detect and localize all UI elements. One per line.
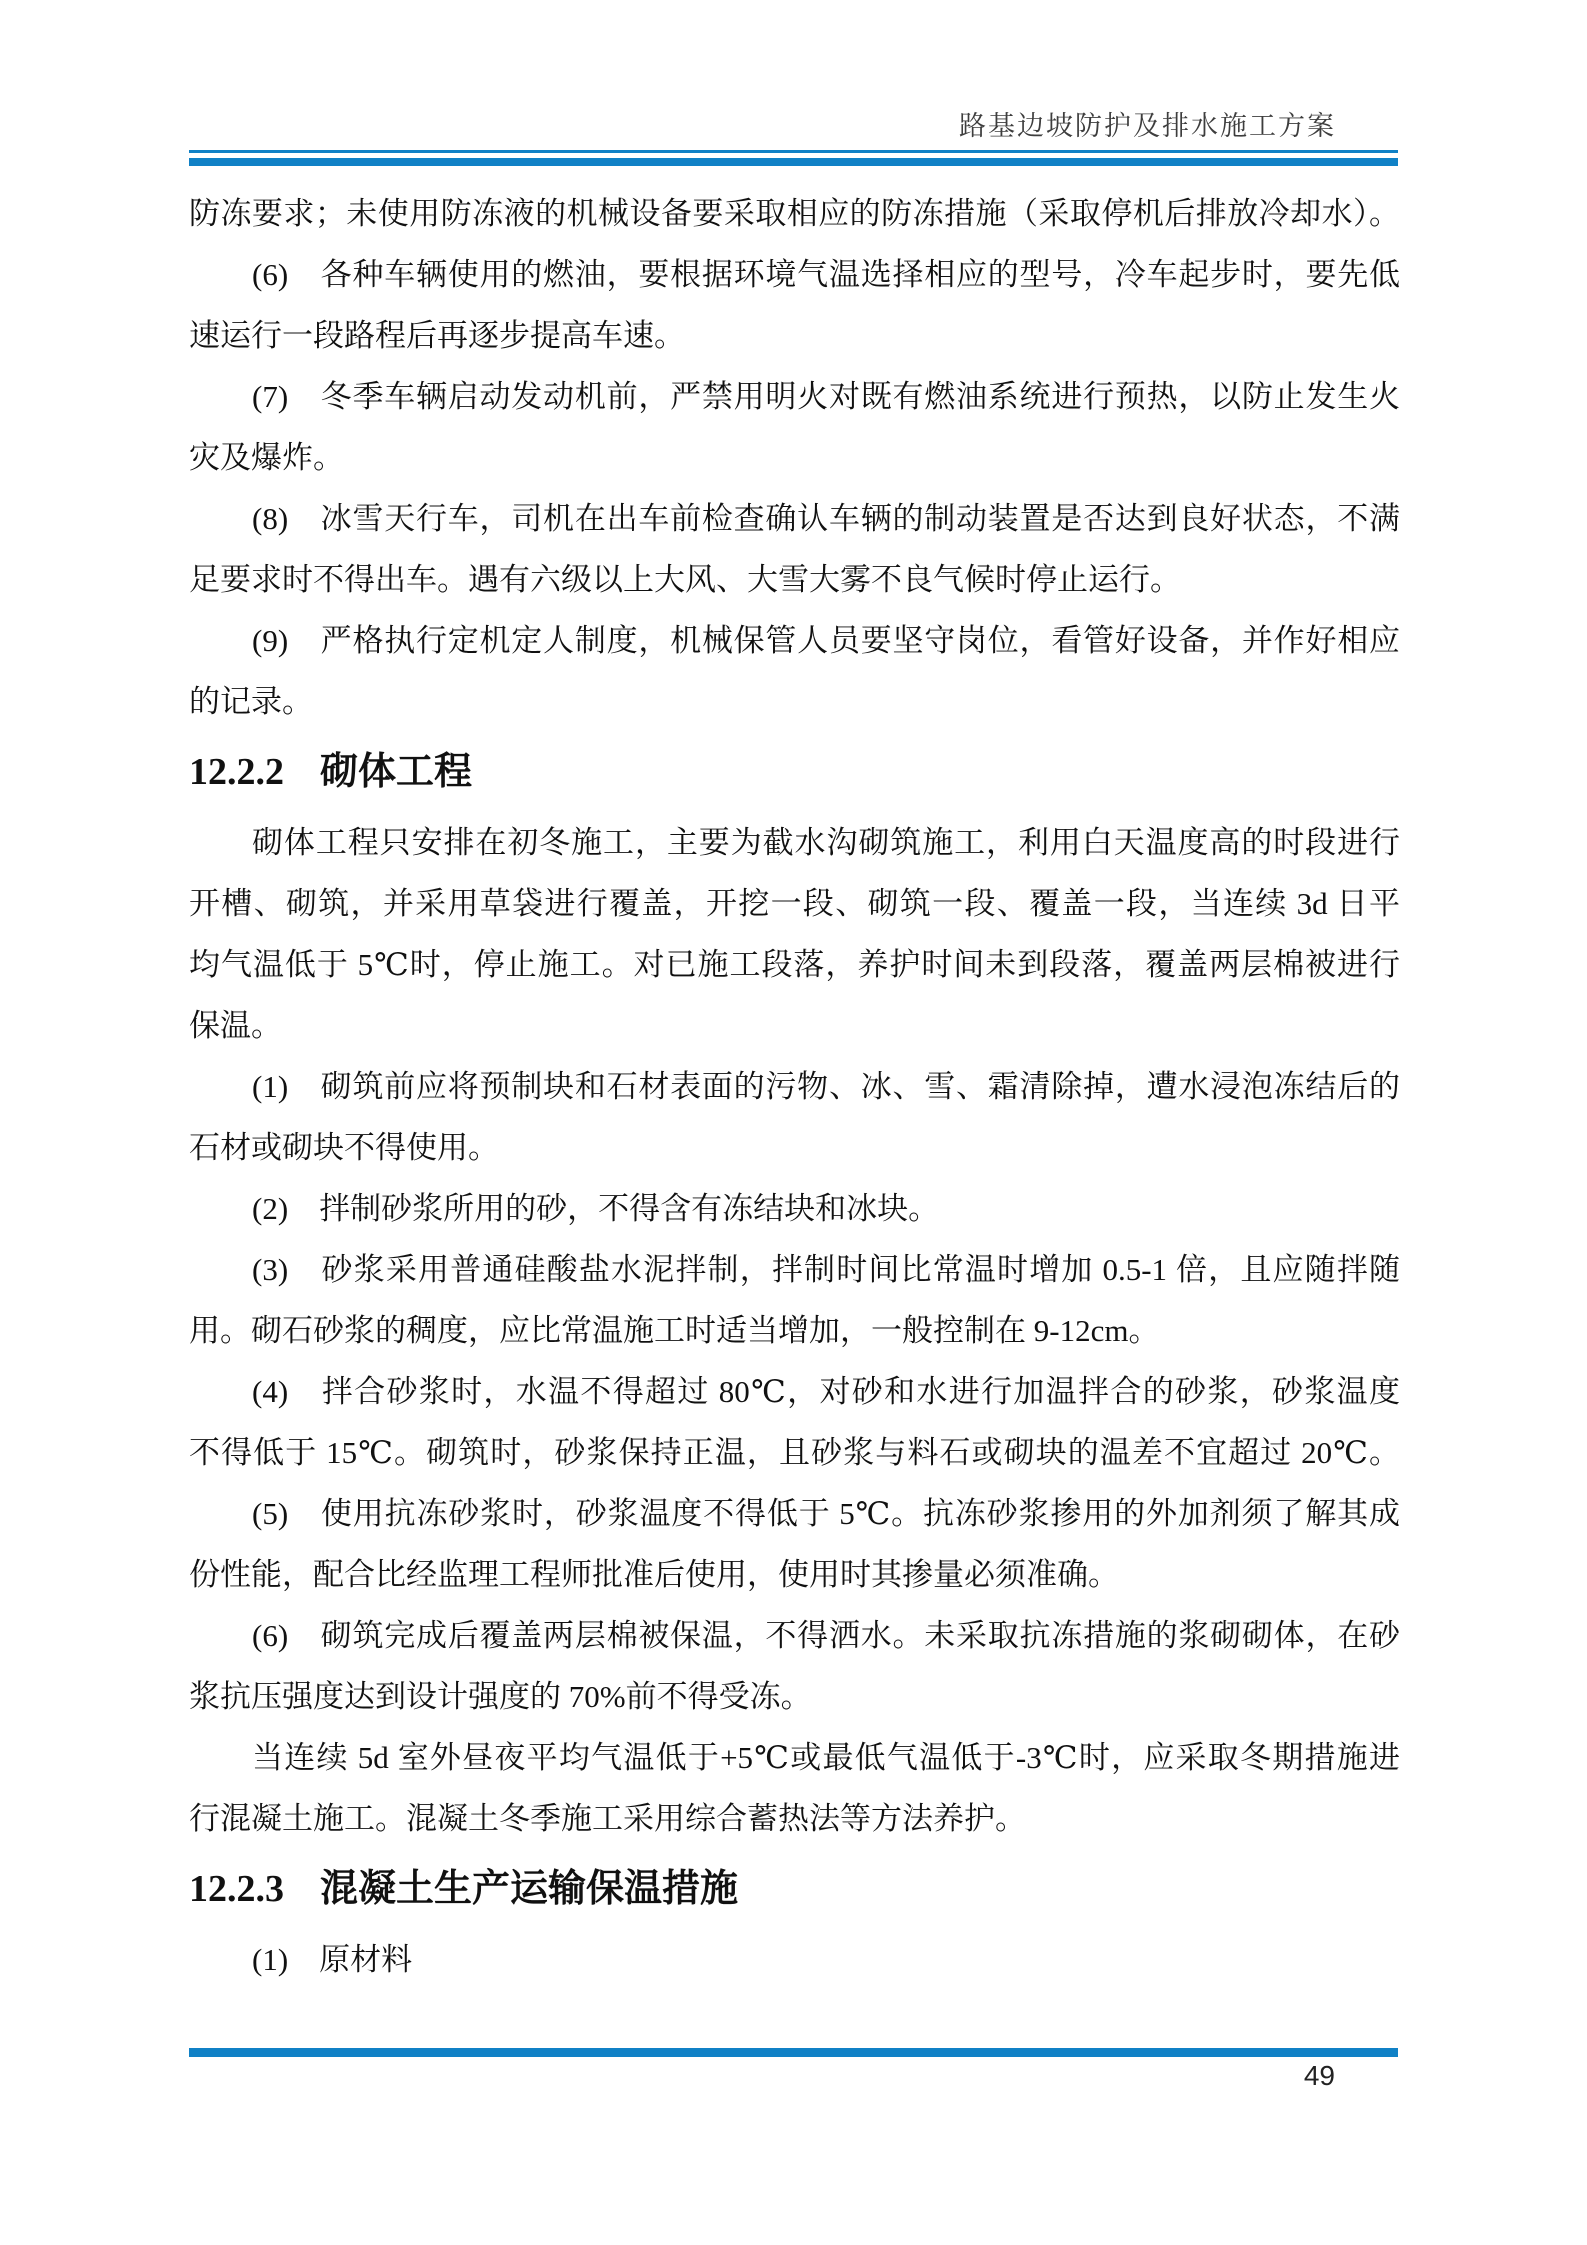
- paragraph-line: 不得低于 15℃。砌筑时，砂浆保持正温，且砂浆与料石或砌块的温差不宜超过 20℃…: [189, 1422, 1400, 1483]
- paragraph-line: (6) 各种车辆使用的燃油，要根据环境气温选择相应的型号，冷车起步时，要先低: [189, 244, 1400, 305]
- paragraph-line: 份性能，配合比经监理工程师批准后使用，使用时其掺量必须准确。: [189, 1544, 1400, 1605]
- paragraph-line: 的记录。: [189, 671, 1400, 732]
- paragraph-line: 开槽、砌筑，并采用草袋进行覆盖，开挖一段、砌筑一段、覆盖一段，当连续 3d 日平: [189, 873, 1400, 934]
- footer-rule: [189, 2048, 1398, 2057]
- paragraph-line: (7) 冬季车辆启动发动机前，严禁用明火对既有燃油系统进行预热，以防止发生火: [189, 366, 1400, 427]
- document-body: 防冻要求；未使用防冻液的机械设备要采取相应的防冻措施（采取停机后排放冷却水）。(…: [189, 183, 1400, 1990]
- header-rule-thin: [189, 150, 1398, 153]
- paragraph-line: (9) 严格执行定机定人制度，机械保管人员要坚守岗位，看管好设备，并作好相应: [189, 610, 1400, 671]
- paragraph-line: 保温。: [189, 995, 1400, 1056]
- paragraph-line: (1) 砌筑前应将预制块和石材表面的污物、冰、雪、霜清除掉，遭水浸泡冻结后的: [189, 1056, 1400, 1117]
- paragraph-line: (1) 原材料: [189, 1929, 1400, 1990]
- document-page: 路基边坡防护及排水施工方案 防冻要求；未使用防冻液的机械设备要采取相应的防冻措施…: [0, 0, 1587, 2245]
- paragraph-line: (2) 拌制砂浆所用的砂，不得含有冻结块和冰块。: [189, 1178, 1400, 1239]
- paragraph-line: (3) 砂浆采用普通硅酸盐水泥拌制，拌制时间比常温时增加 0.5-1 倍，且应随…: [189, 1239, 1400, 1300]
- paragraph-line: 灾及爆炸。: [189, 427, 1400, 488]
- page-number: 49: [189, 2060, 1335, 2092]
- heading-number: 12.2.3: [189, 1868, 284, 1910]
- heading-title: 砌体工程: [320, 751, 472, 793]
- heading-title: 混凝土生产运输保温措施: [320, 1868, 738, 1910]
- section-heading: 12.2.3混凝土生产运输保温措施: [189, 1863, 1400, 1915]
- paragraph-line: (4) 拌合砂浆时，水温不得超过 80℃，对砂和水进行加温拌合的砂浆，砂浆温度: [189, 1361, 1400, 1422]
- paragraph-line: 浆抗压强度达到设计强度的 70%前不得受冻。: [189, 1666, 1400, 1727]
- paragraph-line: 行混凝土施工。混凝土冬季施工采用综合蓄热法等方法养护。: [189, 1788, 1400, 1849]
- paragraph-line: 防冻要求；未使用防冻液的机械设备要采取相应的防冻措施（采取停机后排放冷却水）。: [189, 183, 1400, 244]
- paragraph-line: 速运行一段路程后再逐步提高车速。: [189, 305, 1400, 366]
- heading-number: 12.2.2: [189, 751, 284, 793]
- paragraph-line: (5) 使用抗冻砂浆时，砂浆温度不得低于 5℃。抗冻砂浆掺用的外加剂须了解其成: [189, 1483, 1400, 1544]
- section-heading: 12.2.2砌体工程: [189, 746, 1400, 798]
- paragraph-line: 砌体工程只安排在初冬施工，主要为截水沟砌筑施工，利用白天温度高的时段进行: [189, 812, 1400, 873]
- paragraph-line: (8) 冰雪天行车，司机在出车前检查确认车辆的制动装置是否达到良好状态，不满: [189, 488, 1400, 549]
- paragraph-line: (6) 砌筑完成后覆盖两层棉被保温，不得洒水。未采取抗冻措施的浆砌砌体，在砂: [189, 1605, 1400, 1666]
- paragraph-line: 均气温低于 5℃时，停止施工。对已施工段落，养护时间未到段落，覆盖两层棉被进行: [189, 934, 1400, 995]
- header-rule-thick: [189, 158, 1398, 166]
- paragraph-line: 足要求时不得出车。遇有六级以上大风、大雪大雾不良气候时停止运行。: [189, 549, 1400, 610]
- paragraph-line: 当连续 5d 室外昼夜平均气温低于+5℃或最低气温低于-3℃时，应采取冬期措施进: [189, 1727, 1400, 1788]
- paragraph-line: 用。砌石砂浆的稠度，应比常温施工时适当增加，一般控制在 9-12cm。: [189, 1300, 1400, 1361]
- document-header-title: 路基边坡防护及排水施工方案: [189, 104, 1400, 143]
- paragraph-line: 石材或砌块不得使用。: [189, 1117, 1400, 1178]
